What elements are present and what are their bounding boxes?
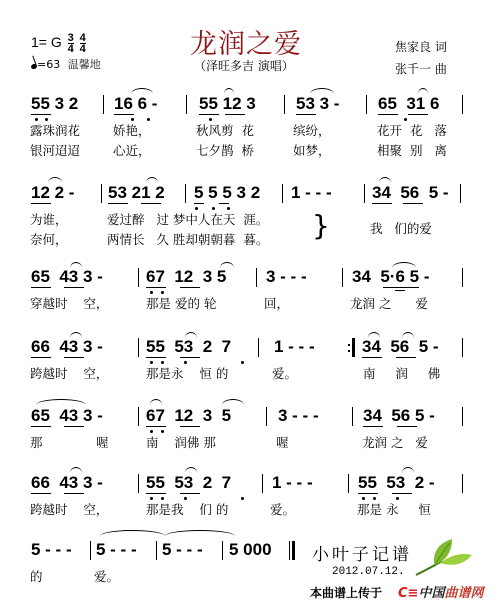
measure: 66 43 3 -	[31, 473, 103, 493]
octave-dot	[150, 497, 153, 500]
beam-underline	[397, 426, 417, 427]
beam-underline	[296, 114, 316, 115]
beam-underline	[146, 426, 166, 427]
slur-arc	[165, 530, 235, 536]
lyric-verse-1: 爱。	[270, 500, 295, 518]
measure: 34 56 5 -	[363, 406, 435, 426]
octave-dot	[150, 430, 153, 433]
lyric-chorus: 我 们的爱	[370, 219, 432, 237]
lyric-verse-2: 如梦，	[293, 141, 331, 159]
measure: 65 43 3 -	[31, 267, 103, 287]
slur-arc	[185, 332, 197, 338]
bar-line	[90, 541, 91, 560]
bar-line	[282, 184, 283, 203]
measure: 3 - - -	[266, 267, 307, 287]
lyric-verse-1: 南 润佛 那	[146, 433, 216, 451]
lyric-verse-1: 那是 爱的 轮	[146, 294, 216, 312]
leaf-icon	[412, 537, 474, 583]
measure: 55 53 2 7	[146, 473, 231, 493]
lyric-verse-1: 跨越时 空，	[30, 364, 108, 382]
octave-dot	[147, 118, 150, 121]
bar-line	[462, 407, 463, 426]
beam-underline	[108, 203, 128, 204]
tempo-marking: =63 温馨地	[31, 56, 101, 72]
beam-underline	[64, 493, 84, 494]
octave-dot	[45, 118, 48, 121]
measure: 5 - - -	[162, 540, 203, 560]
measure: 67 12 3 5	[146, 267, 226, 287]
slur-arc	[185, 467, 197, 473]
time-signature-2: 44	[80, 33, 86, 54]
octave-dot	[161, 497, 164, 500]
composer-credit: 张千一 曲	[395, 60, 447, 77]
lyric-verse-1: 爱。	[272, 364, 297, 382]
measure: 55 3 2	[31, 94, 78, 114]
octave-dot	[184, 497, 187, 500]
measure: 65 43 3 -	[31, 406, 103, 426]
slur-arc	[379, 177, 391, 183]
bar-line	[262, 474, 263, 493]
lyric-verse-1: 龙润 之 爱	[350, 294, 428, 312]
lyricist-credit: 焦家良 词	[395, 38, 447, 55]
beam-underline	[146, 287, 166, 288]
measure: 12 2 -	[31, 183, 74, 203]
time-signature-1: 34	[68, 33, 74, 54]
slur-arc	[402, 467, 414, 473]
bar-line	[103, 95, 104, 114]
beam-underline	[31, 426, 51, 427]
bar-line	[186, 95, 187, 114]
octave-dot	[241, 361, 244, 364]
beam-underline	[358, 493, 378, 494]
beam-underline	[219, 203, 229, 204]
slur-arc	[146, 177, 158, 183]
octave-dot	[161, 291, 164, 294]
octave-dot	[404, 118, 407, 121]
lyric-verse-1: 那是 永 恒	[357, 500, 431, 518]
beam-underline	[180, 357, 200, 358]
beam-underline	[372, 203, 392, 204]
measure: 53 3 -	[296, 94, 339, 114]
octave-dot	[35, 118, 38, 121]
octave-dot	[227, 207, 230, 210]
measure: 55 12 3	[199, 94, 256, 114]
lyric-verse-1: 穿越时 空，	[30, 294, 108, 312]
octave-dot	[362, 497, 365, 500]
octave-dot	[241, 497, 244, 500]
measure: 34 5·6 5 -	[352, 267, 430, 287]
octave-dot	[195, 207, 198, 210]
beam-underline	[31, 287, 51, 288]
beam-underline	[64, 357, 84, 358]
bar-line	[462, 268, 463, 287]
lyric-verse-1: 秋风剪 花	[196, 121, 254, 139]
lyric-verse-1: 那	[30, 433, 43, 451]
bar-line	[156, 541, 157, 560]
expression-text: 温馨地	[68, 58, 101, 71]
beam-underline	[363, 426, 383, 427]
measure: 55 53 2 -	[358, 473, 435, 493]
measure: 5 - - -	[96, 540, 137, 560]
site-brand-logo[interactable]: C≡中国曲谱网	[398, 582, 483, 601]
bar-line	[462, 474, 463, 493]
bar-line	[462, 338, 463, 357]
beam-underline	[383, 287, 419, 288]
performer-subtitle: （泽旺多吉 演唱）	[194, 57, 294, 74]
bar-line	[138, 268, 139, 287]
measure: 5 - - -	[31, 540, 72, 560]
bar-line	[258, 338, 259, 357]
beam-underline	[396, 357, 416, 358]
slur-arc	[131, 88, 153, 94]
beam-underline	[31, 203, 51, 204]
lyric-verse-1: 回，	[264, 294, 289, 312]
bar-line	[266, 407, 267, 426]
lyric-verse-2: 七夕鹊 桥	[196, 141, 254, 159]
beam-underline	[31, 493, 51, 494]
slur-arc	[392, 262, 416, 268]
beam-underline	[31, 114, 51, 115]
bar-line	[460, 184, 461, 203]
bar-line	[462, 95, 463, 114]
bar-line	[101, 184, 102, 203]
slur-arc	[310, 88, 334, 94]
lyric-verse-1: 那是永 恒 的	[146, 364, 228, 382]
bar-line	[342, 268, 343, 287]
octave-dot	[184, 361, 187, 364]
slur-arc	[224, 88, 234, 94]
measure: 1 - - -	[272, 473, 313, 493]
lyric-verse-1: 娇艳，	[113, 121, 151, 139]
slur-arc	[48, 177, 62, 183]
beam-underline	[395, 290, 405, 291]
bar-line	[366, 95, 367, 114]
slur-arc	[222, 399, 244, 405]
beam-underline	[64, 426, 84, 427]
beam-underline	[31, 357, 51, 358]
upload-note: 本曲谱上传于	[310, 584, 382, 601]
octave-dot	[373, 497, 376, 500]
bar-line	[138, 474, 139, 493]
measure: 67 12 3 5	[146, 406, 231, 426]
key-signature: 1= G 34 44	[31, 33, 86, 54]
beam-underline	[114, 114, 134, 115]
beam-underline	[180, 287, 200, 288]
slur-arc	[36, 399, 86, 405]
lyric-verse-1: 的	[30, 567, 43, 585]
lyric-verse-1: 花开 花 落	[377, 121, 447, 139]
measure: 16 6 -	[114, 94, 157, 114]
measure: 65 31 6	[378, 94, 439, 114]
lyric-verse-1: 跨越时 空，	[30, 500, 108, 518]
slur-arc	[70, 262, 82, 268]
slur-arc	[220, 262, 234, 268]
bar-line	[138, 407, 139, 426]
brand-qupu: 曲谱网	[444, 586, 483, 601]
beam-underline	[403, 203, 423, 204]
brand-cn: 中国	[418, 586, 444, 601]
octave-dot	[396, 497, 399, 500]
octave-dot	[161, 361, 164, 364]
slur-arc	[402, 332, 414, 338]
transcription-date: 2012.07.12.	[332, 566, 405, 578]
octave-dot	[209, 118, 212, 121]
key-label: 1= G	[31, 34, 62, 50]
beam-underline	[64, 287, 84, 288]
verse-brace: }	[312, 209, 330, 242]
beam-underline	[392, 493, 412, 494]
lyric-verse-2: 相聚 别 离	[377, 141, 447, 159]
bar-line	[348, 474, 349, 493]
bar-line	[222, 541, 223, 560]
measure: 5 5 5 3 2	[194, 183, 260, 203]
lyric-verse-1: 龙润 之 爱	[362, 433, 428, 451]
octave-dot	[150, 361, 153, 364]
lyric-verse-1: 缤纷，	[293, 121, 331, 139]
lyric-verse-2: 奈何，	[30, 230, 68, 248]
measure: 1 - - -	[291, 183, 332, 203]
page-title: 龙润之爱	[190, 22, 302, 61]
bar-line	[185, 184, 186, 203]
measure: 34 56 5 -	[372, 183, 449, 203]
lyric-verse-1: 为谁，	[30, 210, 68, 228]
slur-arc	[418, 88, 428, 94]
measure: 34 56 5 -	[362, 337, 439, 357]
bar-line	[352, 407, 353, 426]
measure: 66 43 3 -	[31, 337, 103, 357]
octave-dot	[161, 430, 164, 433]
octave-dot	[150, 291, 153, 294]
measure: 53 21 2	[108, 183, 165, 203]
lyric-verse-1: 露珠润花	[30, 121, 80, 139]
beam-underline	[180, 493, 200, 494]
beam-underline	[146, 357, 166, 358]
transcriber-signature: 小叶子记谱	[312, 540, 412, 565]
octave-dot	[131, 118, 134, 121]
lyric-verse-1: 那是我 们 的	[146, 500, 228, 518]
bar-line	[256, 268, 257, 287]
beam-underline	[141, 203, 161, 204]
bar-line	[364, 184, 365, 203]
beam-underline	[408, 114, 428, 115]
slur-arc	[150, 399, 162, 405]
slur-arc	[70, 332, 82, 338]
slur-arc	[368, 332, 380, 338]
lyric-verse-2: 银河迢迢	[30, 141, 80, 159]
measure: 1 - - -	[274, 337, 315, 357]
lyric-verse-1: 喔	[96, 433, 109, 451]
beam-underline	[180, 426, 200, 427]
tempo-value: =63	[37, 58, 60, 71]
measure: 3 - - -	[278, 406, 319, 426]
bar-line	[284, 95, 285, 114]
slur-arc	[100, 530, 165, 536]
beam-underline	[378, 114, 398, 115]
beam-underline	[362, 357, 382, 358]
measure: 5 000	[229, 540, 272, 560]
lyric-verse-1: 爱。	[94, 567, 119, 585]
slur-arc	[70, 467, 82, 473]
beam-underline	[194, 203, 204, 204]
lyric-verse-1: 南 润 佛	[363, 364, 440, 382]
beam-underline	[225, 114, 245, 115]
lyric-verse-2: 心近，	[113, 141, 151, 159]
lyric-verse-1: 爱过醉 过 梦中人在天 涯。	[107, 210, 268, 228]
lyric-verse-1: 喔	[276, 433, 289, 451]
brand-icon: C≡	[398, 586, 418, 601]
beam-underline	[199, 114, 219, 115]
bar-line	[138, 338, 139, 357]
octave-dot	[212, 207, 215, 210]
measure: 55 53 2 7	[146, 337, 231, 357]
beam-underline	[146, 493, 166, 494]
lyric-verse-2: 两情长 久 胜却朝朝暮 暮。	[107, 230, 268, 248]
